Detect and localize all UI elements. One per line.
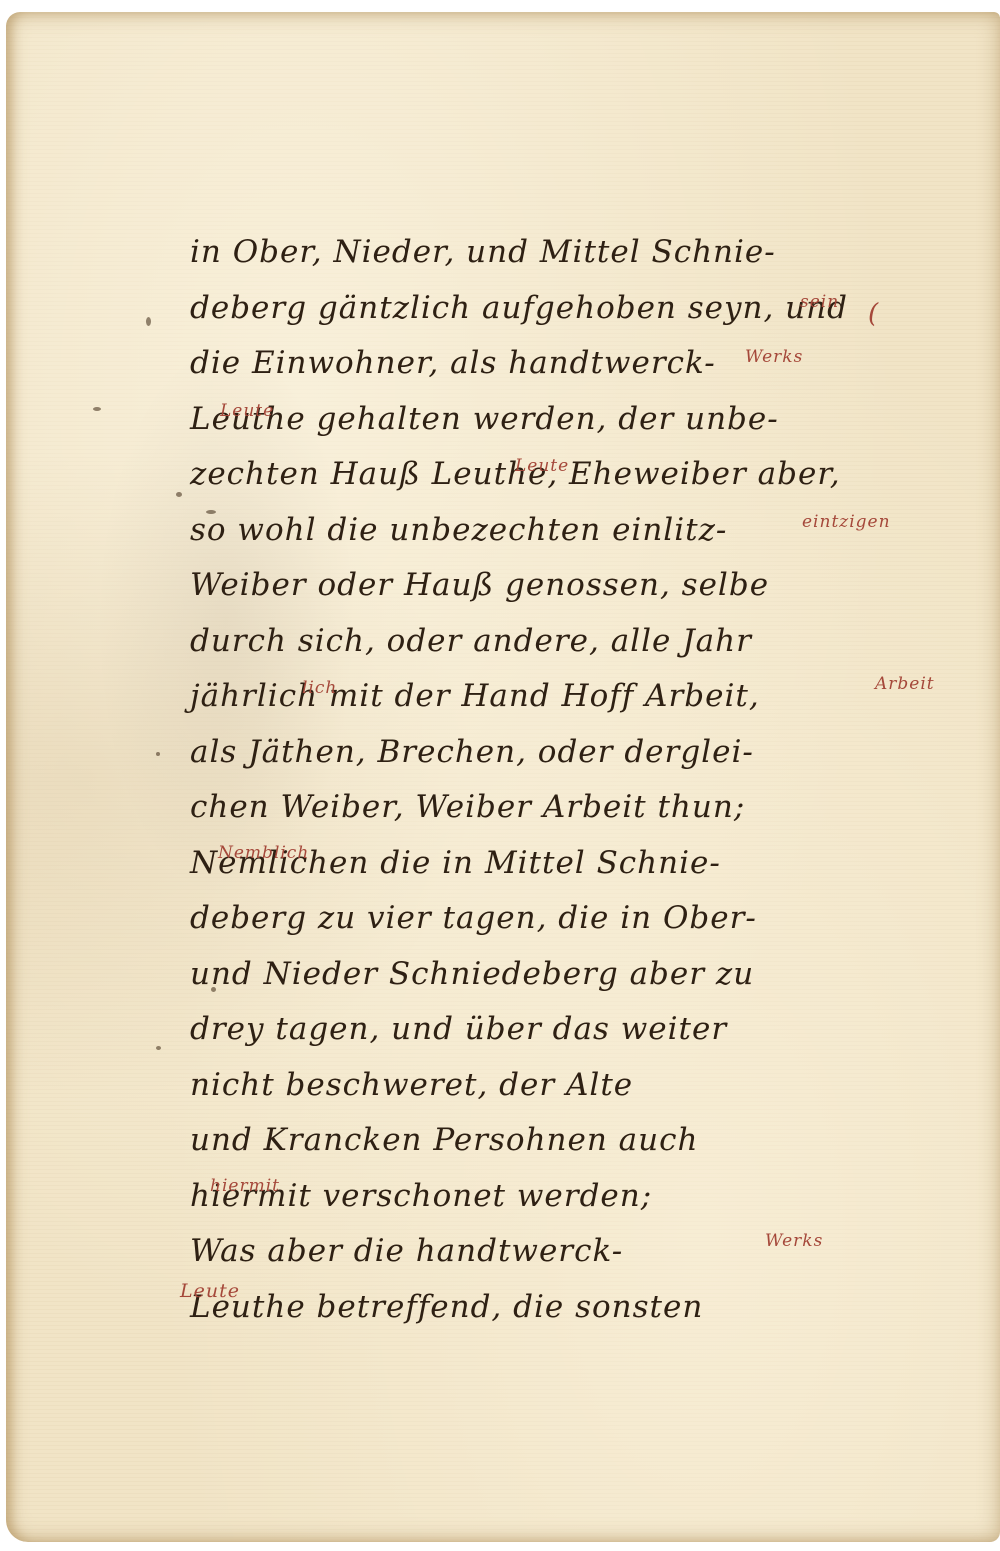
line-text: jährlich mit der Hand Hoff Arbeit, [190,678,760,714]
correction-annotation: Werks [765,1214,823,1269]
correction-annotation: Werks [745,330,803,385]
text-line: Leuthe gehalten werden, der unbe- Leute [190,392,970,448]
line-text: und Krancken Persohnen auch [190,1122,698,1158]
text-line: und Krancken Persohnen auch [190,1113,970,1169]
ink-stain [93,407,101,411]
text-line: Leuthe betreffend, die sonsten Leute [190,1280,970,1336]
text-line: drey tagen, und über das weiter [190,1002,970,1058]
line-text: Weiber oder Hauß genossen, selbe [190,567,769,603]
text-line: in Ober, Nieder, und Mittel Schnie- [190,225,970,281]
line-text: Was aber die handtwerck- [190,1233,623,1269]
line-text: deberg gäntzlich aufgehoben seyn, und [190,290,848,326]
line-text: chen Weiber, Weiber Arbeit thun; [190,789,745,825]
text-line: nicht beschweret, der Alte [190,1058,970,1114]
line-text: in Ober, Nieder, und Mittel Schnie- [190,234,776,270]
text-line: Weiber oder Hauß genossen, selbe [190,558,970,614]
line-text: und Nieder Schniedeberg aber zu [190,956,754,992]
ink-stain [176,492,182,497]
text-line: die Einwohner, als handtwerck- Werks [190,336,970,392]
line-text: so wohl die unbezechten einlitz- [190,512,727,548]
ink-stain [156,752,160,756]
correction-annotation: Leute [220,384,274,439]
text-line: Nemlichen die in Mittel Schnie- Nemblich [190,836,970,892]
ink-stain [156,1046,161,1050]
correction-annotation: Arbeit [875,657,935,712]
line-text: nicht beschweret, der Alte [190,1067,633,1103]
text-line: und Nieder Schniedeberg aber zu [190,947,970,1003]
text-line: deberg gäntzlich aufgehoben seyn, und se… [190,281,970,337]
correction-annotation: Leute [515,439,569,494]
line-text: die Einwohner, als handtwerck- [190,345,716,381]
line-text: Leuthe betreffend, die sonsten [190,1289,703,1325]
text-line: Was aber die handtwerck- Werks [190,1224,970,1280]
correction-annotation: hiermit [210,1159,280,1214]
line-text: deberg zu vier tagen, die in Ober- [190,900,757,936]
line-text: durch sich, oder andere, alle Jahr [190,623,752,659]
correction-annotation: lich [302,661,337,716]
text-line: als Jäthen, Brechen, oder derglei- [190,725,970,781]
text-line: so wohl die unbezechten einlitz- eintzig… [190,503,970,559]
line-text: drey tagen, und über das weiter [190,1011,727,1047]
manuscript-text: in Ober, Nieder, und Mittel Schnie- debe… [190,225,970,1335]
correction-annotation: Leute [180,1264,240,1319]
ink-stain [146,317,151,326]
line-text: Leuthe gehalten werden, der unbe- [190,401,779,437]
correction-annotation: Nemblich [218,826,309,881]
text-line: jährlich mit der Hand Hoff Arbeit, lich … [190,669,970,725]
correction-annotation: eintzigen [802,495,891,550]
text-line: deberg zu vier tagen, die in Ober- [190,891,970,947]
text-line: hiermit verschonet werden; hiermit [190,1169,970,1225]
correction-annotation: sein [800,275,839,330]
line-text: als Jäthen, Brechen, oder derglei- [190,734,754,770]
correction-bracket: ( [868,287,879,342]
